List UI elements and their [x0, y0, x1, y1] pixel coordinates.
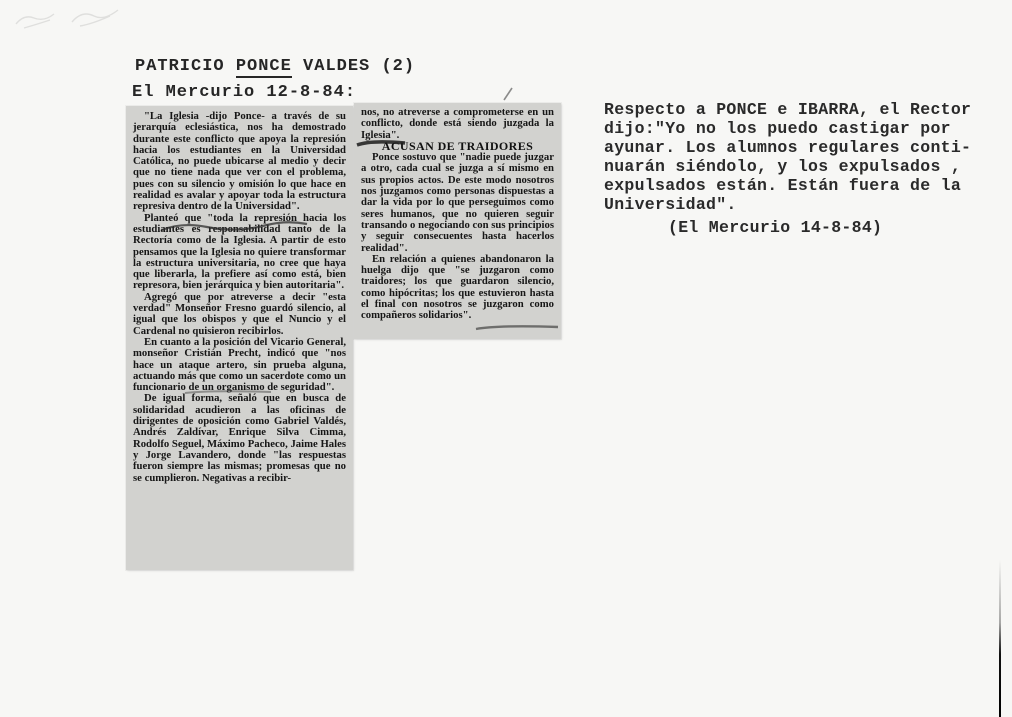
- clipping-paragraph: Planteó que "toda la represión hacia los…: [133, 213, 346, 292]
- typewritten-note-citation: (El Mercurio 14-8-84): [668, 218, 882, 237]
- pencil-scribble-mark: [12, 4, 132, 34]
- page-title: PATRICIO PONCE VALDES (2): [135, 57, 415, 76]
- page-title-pre: PATRICIO: [135, 57, 236, 76]
- clipping-column-1: "La Iglesia -dijo Ponce- a través de su …: [126, 106, 353, 570]
- page-title-underlined-name: PONCE: [236, 57, 292, 78]
- clipping-paragraph: De igual forma, señaló que en busca de s…: [133, 393, 346, 483]
- page-title-post: VALDES (2): [292, 57, 415, 76]
- clipping-paragraph: En relación a quienes abandonaron la hue…: [361, 254, 554, 322]
- scan-edge-line: [999, 560, 1001, 717]
- stray-slash-mark: [500, 86, 516, 102]
- clipping-paragraph: Ponce sostuvo que "nadie puede juzgar a …: [361, 152, 554, 254]
- clipping-paragraph-continuation: nos, no atreverse a comprometerse en un …: [361, 107, 554, 141]
- clipping-paragraph: Agregó que por atreverse a decir "esta v…: [133, 292, 346, 337]
- clipping-paragraph: "La Iglesia -dijo Ponce- a través de su …: [133, 111, 346, 213]
- typewritten-note: Respecto a PONCE e IBARRA, el Rector dij…: [604, 100, 971, 214]
- clipping-column-2: nos, no atreverse a comprometerse en un …: [354, 103, 561, 339]
- clipping-paragraph: En cuanto a la posición del Vicario Gene…: [133, 337, 346, 393]
- source-citation-line: El Mercurio 12-8-84:: [132, 83, 356, 102]
